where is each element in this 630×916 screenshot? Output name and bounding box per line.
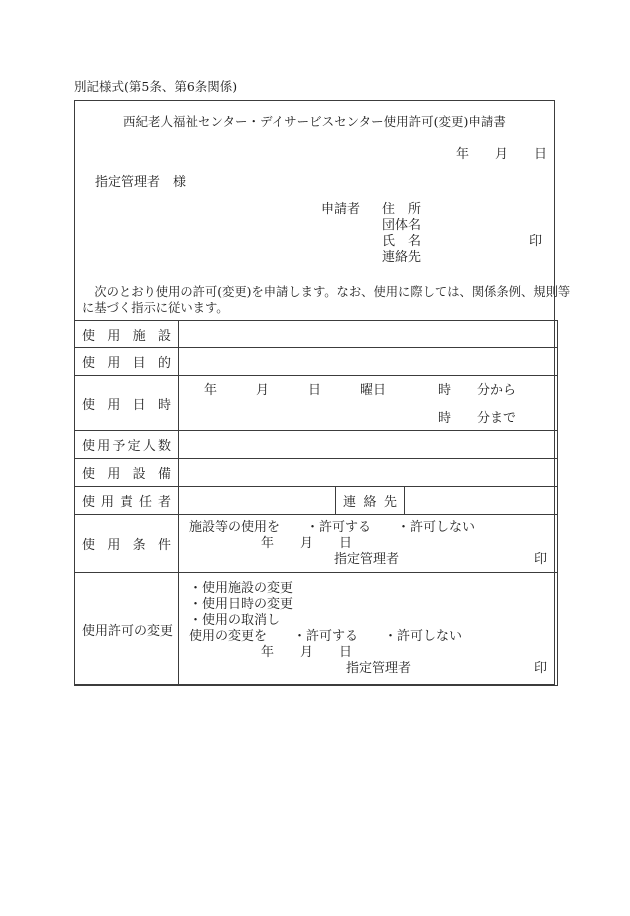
change-item-cancel: ・使用の取消し [179, 613, 557, 629]
declaration-line-2: に基づく指示に従います。 [82, 300, 550, 316]
conditions-date-line: 年 月 日 [179, 536, 557, 552]
facility-value-cell [179, 321, 558, 348]
row-equipment: 使用設備 [75, 459, 558, 487]
manager-contact-label-cell: 連絡先 [336, 487, 405, 515]
people-label: 使用予定人数 [75, 435, 178, 454]
applicant-seal-mark: 印 [529, 234, 542, 250]
facility-label: 使用施設 [75, 325, 178, 344]
row-manager: 使用責任者 連絡先 [75, 487, 558, 515]
conditions-permit-line: 施設等の使用を ・許可する ・許可しない [179, 520, 557, 536]
permit-change-value-cell: ・使用施設の変更 ・使用日時の変更 ・使用の取消し 使用の変更を ・許可する ・… [179, 573, 558, 686]
conditions-seal-mark: 印 [534, 552, 547, 568]
row-facility: 使用施設 [75, 321, 558, 348]
declaration-line-1: 次のとおり使用の許可(変更)を申請します。なお、使用に際しては、関係条例、規則等 [82, 284, 550, 300]
applicant-block: 申請者 住 所 団体名 氏 名 印 連絡先 [321, 202, 542, 266]
equipment-label: 使用設備 [75, 463, 178, 482]
applicant-name-line: 氏 名 印 [382, 234, 542, 250]
manager-contact-label: 連絡先 [336, 491, 404, 510]
change-item-facility: ・使用施設の変更 [179, 581, 557, 597]
datetime-label-cell: 使用日時 [75, 376, 179, 431]
equipment-value-cell [179, 459, 558, 487]
purpose-label: 使用目的 [75, 352, 178, 371]
datetime-from-line: 年 月 日 曜日 時 分から [179, 383, 557, 399]
conditions-label: 使用条件 [75, 534, 178, 553]
permit-change-label-cell: 使用許可の変更 [75, 573, 179, 686]
application-date-line: 年 月 日 [456, 143, 547, 162]
row-datetime: 使用日時 年 月 日 曜日 時 分から 時 分まで [75, 376, 558, 431]
facility-label-cell: 使用施設 [75, 321, 179, 348]
datetime-label: 使用日時 [75, 394, 178, 413]
change-seal-mark: 印 [534, 661, 547, 677]
conditions-signer-label: 指定管理者 [334, 552, 399, 567]
declaration-paragraph: 次のとおり使用の許可(変更)を申請します。なお、使用に際しては、関係条例、規則等… [82, 284, 550, 316]
addressee-line: 指定管理者 様 [95, 171, 186, 190]
row-permit-change: 使用許可の変更 ・使用施設の変更 ・使用日時の変更 ・使用の取消し 使用の変更を… [75, 573, 558, 686]
form-style-note: 別記様式(第5条、第6条関係) [74, 77, 237, 95]
change-date-line: 年 月 日 [179, 645, 557, 661]
row-conditions: 使用条件 施設等の使用を ・許可する ・許可しない 年 月 日 指定管理者 印 [75, 515, 558, 573]
applicant-fields: 住 所 団体名 氏 名 印 連絡先 [382, 202, 542, 266]
form-border-box: 西紀老人福祉センター・デイサービスセンター使用許可(変更)申請書 年 月 日 指… [74, 100, 555, 685]
permit-change-label: 使用許可の変更 [75, 620, 178, 639]
people-label-cell: 使用予定人数 [75, 431, 179, 459]
people-value-cell [179, 431, 558, 459]
manager-contact-value-cell [405, 487, 558, 515]
manager-label-cell: 使用責任者 [75, 487, 179, 515]
change-signer-label: 指定管理者 [346, 661, 411, 676]
applicant-address-label: 住 所 [382, 202, 542, 218]
conditions-value-cell: 施設等の使用を ・許可する ・許可しない 年 月 日 指定管理者 印 [179, 515, 558, 573]
manager-name-cell [179, 487, 336, 515]
applicant-name-label: 氏 名 [382, 234, 421, 249]
form-title: 西紀老人福祉センター・デイサービスセンター使用許可(変更)申請書 [75, 112, 554, 130]
datetime-value-cell: 年 月 日 曜日 時 分から 時 分まで [179, 376, 558, 431]
equipment-label-cell: 使用設備 [75, 459, 179, 487]
manager-label: 使用責任者 [75, 491, 178, 510]
conditions-label-cell: 使用条件 [75, 515, 179, 573]
applicant-label: 申請者 [321, 202, 360, 266]
purpose-label-cell: 使用目的 [75, 348, 179, 376]
change-item-datetime: ・使用日時の変更 [179, 597, 557, 613]
application-form-page: 別記様式(第5条、第6条関係) 西紀老人福祉センター・デイサービスセンター使用許… [0, 0, 630, 916]
applicant-organization-label: 団体名 [382, 218, 542, 234]
application-table: 使用施設 使用目的 使用日時 年 月 日 曜日 時 分か [74, 320, 558, 686]
applicant-contact-label: 連絡先 [382, 250, 542, 266]
row-people: 使用予定人数 [75, 431, 558, 459]
change-signer-line: 指定管理者 印 [179, 661, 557, 677]
purpose-value-cell [179, 348, 558, 376]
row-purpose: 使用目的 [75, 348, 558, 376]
datetime-to-line: 時 分まで [179, 411, 557, 427]
change-decision-line: 使用の変更を ・許可する ・許可しない [179, 629, 557, 645]
conditions-signer-line: 指定管理者 印 [179, 552, 557, 568]
